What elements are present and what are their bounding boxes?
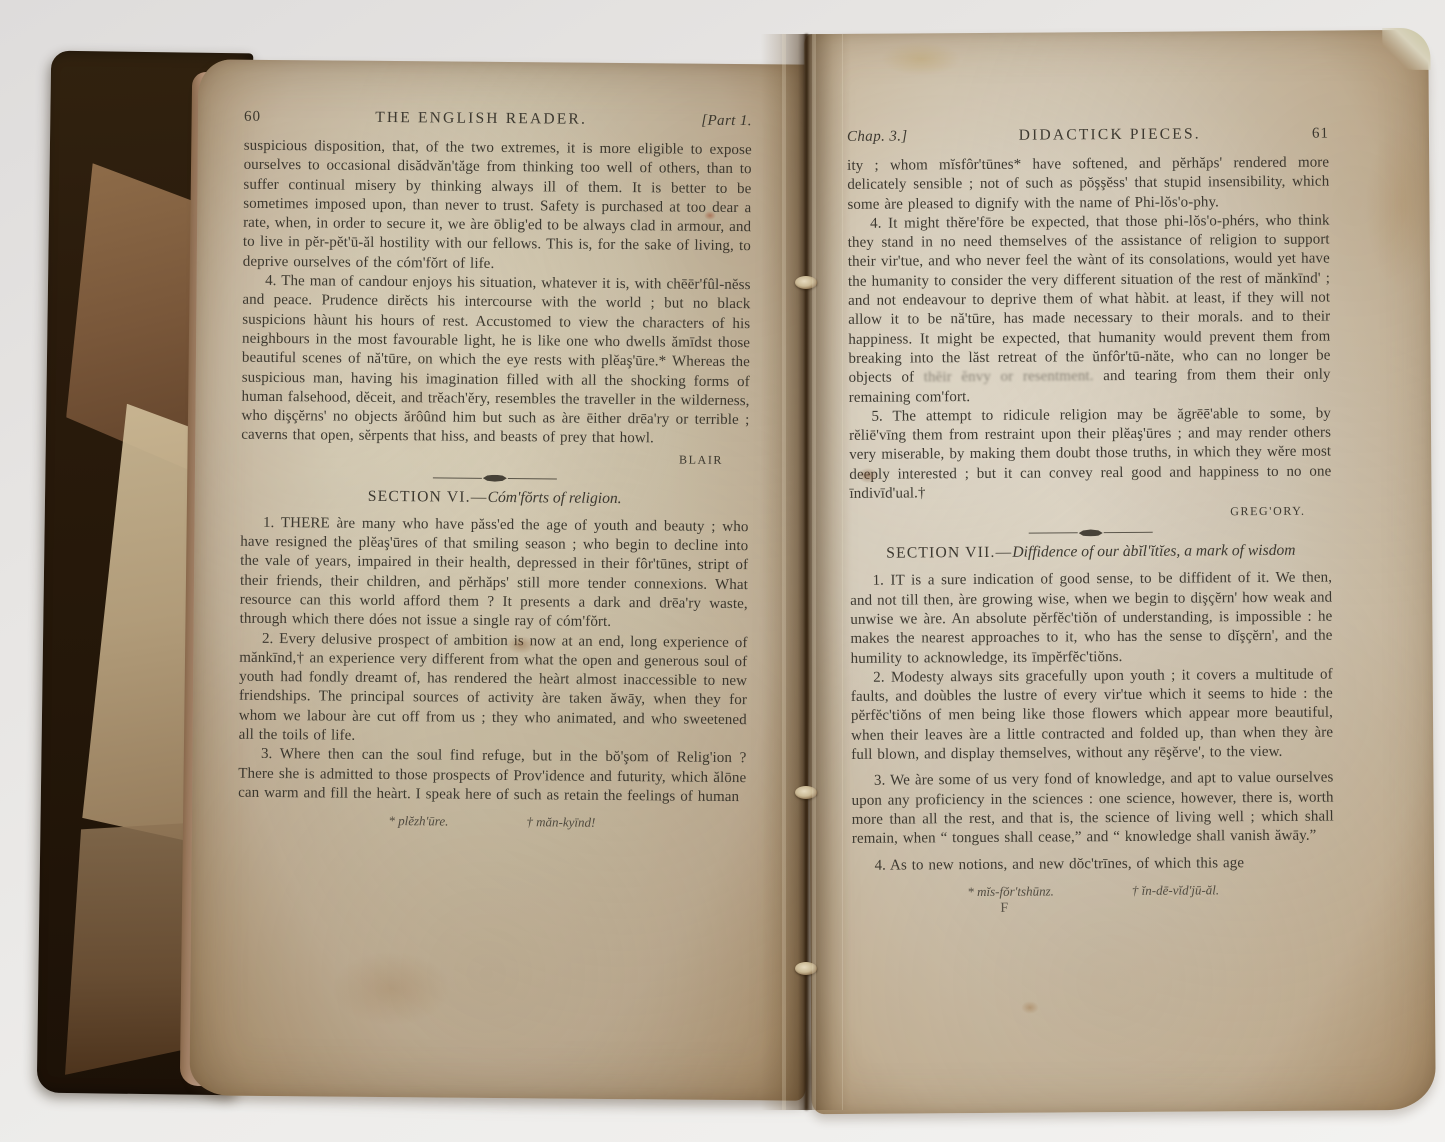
paragraph: suspicious disposition, that, of the two… bbox=[243, 137, 752, 277]
paragraph: 2. Modesty always sits gracefully upon y… bbox=[851, 665, 1334, 765]
footnotes: * mĭs-fŏr'tshūnz. † ĭn-dē-vĭd'jū-ăl. bbox=[852, 881, 1334, 900]
faded-text: thēir ĕnvy or resentment. bbox=[924, 368, 1094, 385]
paragraph: 1. THERE àre many who have păss'ed the a… bbox=[240, 513, 749, 633]
footnote: * plĕzh'ūre. bbox=[388, 813, 448, 830]
running-title: DIDACTICK PIECES. bbox=[1019, 125, 1201, 144]
author-attribution: BLAIR bbox=[241, 448, 723, 467]
section-label: SECTION VII. bbox=[886, 544, 996, 562]
ornament-diamond-icon bbox=[483, 475, 507, 482]
paragraph-text: 4. It might thĕre'fōre be expected, that… bbox=[848, 212, 1331, 386]
footnotes: * plĕzh'ūre. † măn-kyīnd! bbox=[238, 812, 746, 832]
paragraph: 4. It might thĕre'fōre be expected, that… bbox=[847, 211, 1330, 407]
signature-mark: F bbox=[1000, 898, 1334, 916]
section-heading: SECTION VII.—Diffidence of our àbĭl'ĭtĭe… bbox=[850, 542, 1332, 563]
right-page-header: Chap. 3.] DIDACTICK PIECES. 61 bbox=[847, 125, 1329, 146]
ornament-line bbox=[433, 477, 482, 479]
divider-ornament-icon bbox=[1029, 529, 1153, 537]
right-page-number: 61 bbox=[1312, 126, 1329, 143]
ornament-diamond-icon bbox=[1079, 529, 1103, 536]
paragraph: 4. As to new notions, and new dŏc'trīnes… bbox=[852, 853, 1334, 876]
section-dash: — bbox=[996, 544, 1013, 561]
ornament-line bbox=[1029, 533, 1078, 535]
section-label: SECTION VI. bbox=[368, 488, 471, 506]
paragraph: 5. The attempt to ridicule religion may … bbox=[849, 404, 1332, 504]
open-book: 60 THE ENGLISH READER. [Part 1. suspicio… bbox=[36, 6, 1438, 1116]
right-page-text: Chap. 3.] DIDACTICK PIECES. 61 ity ; who… bbox=[847, 125, 1336, 1090]
left-page-number: 60 bbox=[244, 109, 261, 126]
paragraph: ity ; whom mĭsfôr'tūnes* have softened, … bbox=[847, 154, 1329, 215]
paragraph: 3. Where then can the soul find refuge, … bbox=[238, 745, 746, 807]
footnote: † măn-kyīnd! bbox=[526, 814, 595, 831]
running-title: THE ENGLISH READER. bbox=[375, 109, 587, 129]
paragraph: 2. Every delusive prospect of ambition i… bbox=[239, 629, 748, 749]
page-corner-curl bbox=[1382, 28, 1430, 70]
ornament-line bbox=[508, 478, 557, 480]
paragraph: 1. IT is a sure indication of good sense… bbox=[850, 569, 1333, 669]
footnote: * mĭs-fŏr'tshūnz. bbox=[967, 883, 1054, 900]
photo-background: 60 THE ENGLISH READER. [Part 1. suspicio… bbox=[0, 0, 1445, 1142]
left-page-text: 60 THE ENGLISH READER. [Part 1. suspicio… bbox=[236, 108, 752, 1076]
part-label: [Part 1. bbox=[701, 113, 752, 130]
section-title: Cóm'fŏrts of religion. bbox=[488, 489, 622, 507]
chapter-label: Chap. 3.] bbox=[847, 128, 908, 145]
footnote: † ĭn-dē-vĭd'jū-ăl. bbox=[1132, 882, 1219, 899]
right-page: Chap. 3.] DIDACTICK PIECES. 61 ity ; who… bbox=[804, 30, 1436, 1114]
paragraph: 3. We àre some of us very fond of knowle… bbox=[851, 769, 1334, 850]
left-page-header: 60 THE ENGLISH READER. [Part 1. bbox=[244, 108, 752, 130]
section-dash: — bbox=[471, 488, 488, 505]
divider-ornament-icon bbox=[433, 474, 557, 482]
author-attribution: GREG'ORY. bbox=[850, 504, 1306, 522]
left-page: 60 THE ENGLISH READER. [Part 1. suspicio… bbox=[189, 59, 814, 1100]
paragraph: 4. The man of candour enjoys his situati… bbox=[241, 272, 750, 450]
section-heading: SECTION VI.—Cóm'fŏrts of religion. bbox=[241, 486, 749, 508]
section-title: Diffidence of our àbĭl'ĭtĭes, a mark of … bbox=[1012, 542, 1295, 561]
ornament-line bbox=[1104, 532, 1153, 534]
